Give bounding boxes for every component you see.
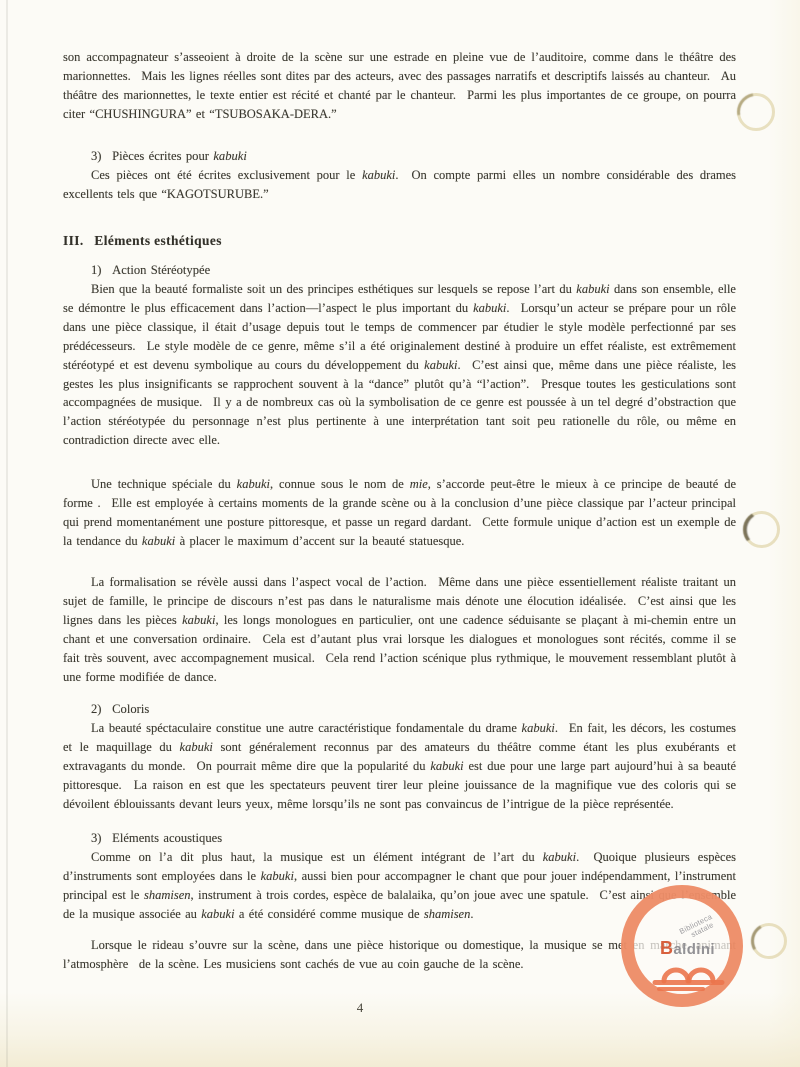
paragraph-coloris: La beauté spéctaculaire constitue une au… [63, 719, 736, 814]
subsection-pieces-kabuki: 3) Pièces écrites pour kabuki [63, 147, 736, 166]
subsection-action-stereotypee: 1) Action Stéréotypée [63, 261, 736, 280]
punch-hole-mark [743, 511, 780, 548]
library-stamp: Biblioteca statale Baldini [621, 885, 743, 1007]
scanned-page: son accompagnateur s’asseoient à droite … [0, 0, 800, 1067]
punch-hole-shadow [747, 919, 791, 963]
scan-edge-line [6, 0, 8, 1067]
open-book-icon [651, 958, 725, 992]
punch-hole-shadow [730, 86, 783, 139]
paragraph-action-3: La formalisation se révèle aussi dans l’… [63, 573, 736, 686]
paragraph-pieces: Ces pièces ont été écrites exclusivement… [63, 166, 736, 204]
stamp-name-rest: aldini [673, 941, 715, 958]
punch-hole-shadow [740, 508, 783, 551]
paragraph-continuation: son accompagnateur s’asseoient à droite … [63, 48, 736, 124]
page-number: 4 [340, 1000, 380, 1016]
subsection-coloris: 2) Coloris [63, 700, 736, 719]
punch-hole-mark [737, 93, 775, 131]
punch-hole-mark [751, 923, 787, 959]
stamp-name-text: Baldini [660, 938, 715, 959]
paragraph-action-2: Une technique spéciale du kabuki, connue… [63, 475, 736, 551]
paragraph-action-1: Bien que la beauté formaliste soit un de… [63, 280, 736, 450]
subsection-elements-acoustiques: 3) Eléments acoustiques [63, 829, 736, 848]
section-heading-elements-esthetiques: III. Eléments esthétiques [63, 232, 736, 251]
stamp-name-initial: B [660, 938, 673, 958]
